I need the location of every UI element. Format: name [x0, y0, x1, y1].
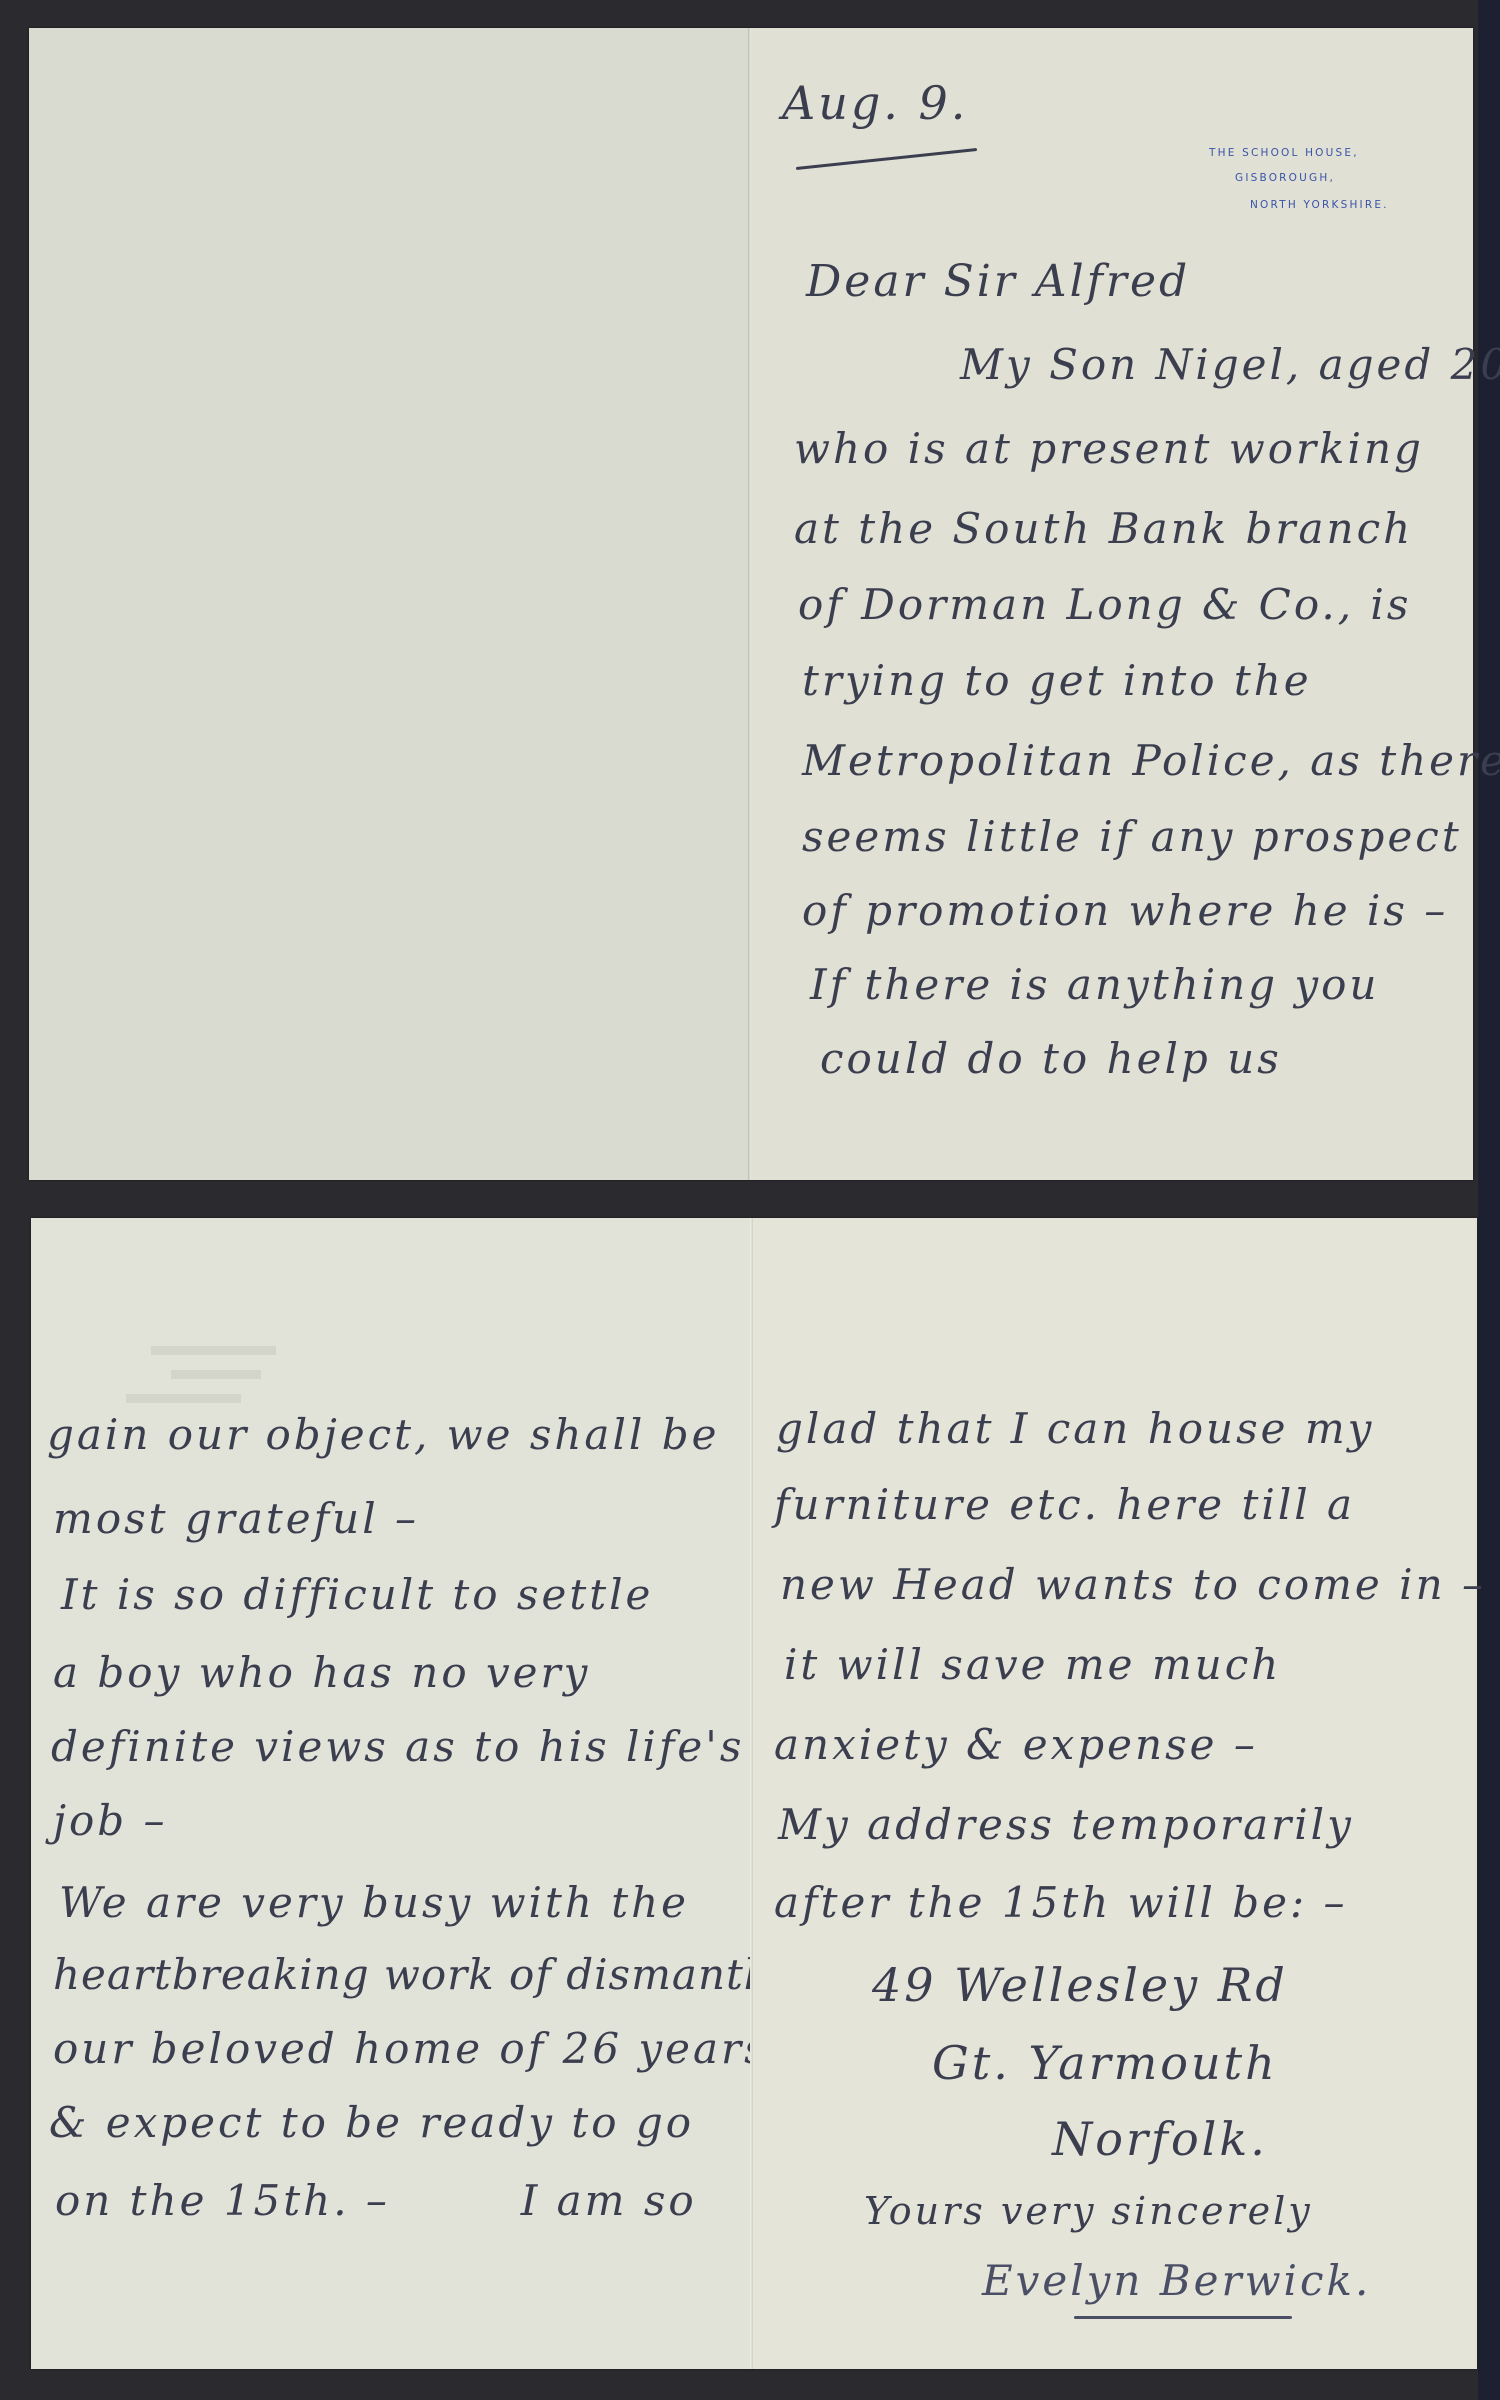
- letterhead-show-through: [171, 1370, 261, 1379]
- letter-line: on the 15th. – I am so: [55, 2180, 697, 2222]
- salutation: Dear Sir Alfred: [806, 260, 1190, 304]
- letter-line: at the South Bank branch: [794, 508, 1413, 550]
- letter-line: after the 15th will be: –: [774, 1882, 1347, 1924]
- letter-sheet-bottom: gain our object, we shall be most gratef…: [31, 1218, 1477, 2369]
- blank-page: [29, 28, 750, 1180]
- letterhead-line-2: GISBOROUGH,: [1235, 173, 1335, 184]
- letter-line: heartbreaking work of dismantling: [53, 1954, 829, 1996]
- letterhead-line-1: THE SCHOOL HOUSE,: [1209, 148, 1359, 159]
- letter-line: new Head wants to come in –: [780, 1564, 1486, 1606]
- letter-line: a boy who has no very: [53, 1652, 590, 1694]
- date-underline: [796, 148, 977, 170]
- letter-line: who is at present working: [794, 428, 1424, 470]
- letter-page-2: gain our object, we shall be most gratef…: [31, 1218, 752, 2369]
- letter-line: & expect to be ready to go: [49, 2102, 694, 2144]
- letter-page-3: glad that I can house my furniture etc. …: [752, 1218, 1475, 2369]
- letter-line: glad that I can house my: [776, 1408, 1374, 1450]
- address-line: 49 Wellesley Rd: [872, 1962, 1288, 2008]
- letter-page-1: Aug. 9. THE SCHOOL HOUSE, GISBOROUGH, NO…: [750, 28, 1473, 1180]
- closing: Yours very sincerely: [864, 2192, 1313, 2230]
- address-line: Gt. Yarmouth: [932, 2040, 1278, 2086]
- letter-line: job –: [53, 1800, 168, 1842]
- letter-line: definite views as to his life's: [51, 1726, 744, 1768]
- paper-fold: [748, 28, 751, 1180]
- letter-line: seems little if any prospect: [802, 816, 1462, 858]
- signature: Evelyn Berwick.: [982, 2260, 1371, 2302]
- letter-line: could do to help us: [820, 1038, 1282, 1080]
- letter-line: anxiety & expense –: [774, 1724, 1258, 1766]
- letter-line: our beloved home of 26 years,: [53, 2028, 785, 2070]
- letter-line: It is so difficult to settle: [61, 1574, 653, 1616]
- address-line: Norfolk.: [1052, 2116, 1268, 2162]
- letter-line: If there is anything you: [810, 964, 1379, 1006]
- letter-line: of Dorman Long & Co., is: [798, 584, 1411, 626]
- letter-line: trying to get into the: [802, 660, 1312, 702]
- signature-underline: [1074, 2316, 1292, 2319]
- letter-sheet-top: Aug. 9. THE SCHOOL HOUSE, GISBOROUGH, NO…: [29, 28, 1473, 1180]
- letterhead-show-through: [151, 1346, 276, 1355]
- letter-line: Metropolitan Police, as there: [802, 740, 1500, 782]
- paper-fold: [750, 1218, 753, 2369]
- letter-line: gain our object, we shall be: [47, 1414, 719, 1456]
- letter-line: it will save me much: [784, 1644, 1281, 1686]
- letter-line: My address temporarily: [778, 1804, 1354, 1846]
- letterhead-show-through: [126, 1394, 241, 1403]
- letter-line: My Son Nigel, aged 20,: [960, 344, 1500, 386]
- letter-line: of promotion where he is –: [802, 890, 1448, 932]
- letter-line: most grateful –: [53, 1498, 419, 1540]
- letterhead-line-3: NORTH YORKSHIRE.: [1250, 200, 1389, 211]
- letter-line: We are very busy with the: [59, 1882, 689, 1924]
- letter-line: furniture etc. here till a: [774, 1484, 1355, 1526]
- letter-date: Aug. 9.: [782, 80, 968, 126]
